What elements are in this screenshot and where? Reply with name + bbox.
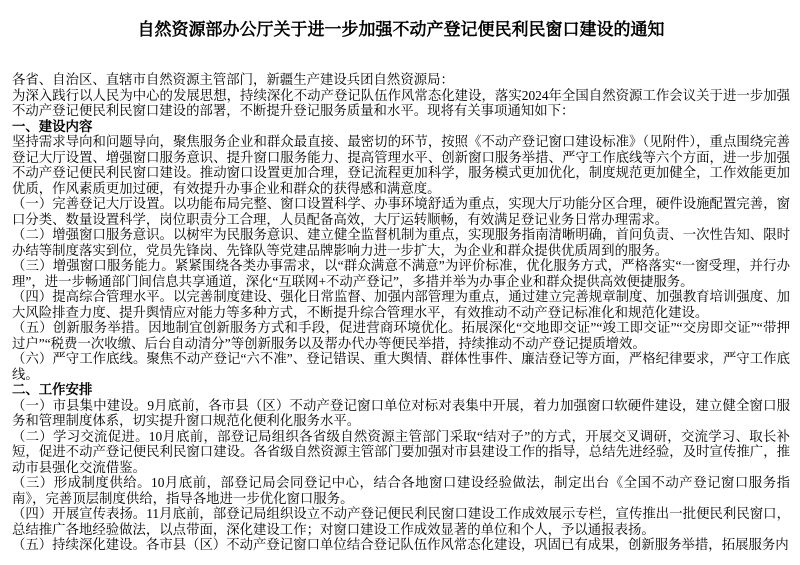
section-1-item-5: （五）创新服务举措。因地制宜创新服务方式和手段，促进营商环境优化。拓展深化“交地… — [12, 320, 790, 351]
intro-paragraph: 为深入践行以人民为中心的发展思想，持续深化不动产登记队伍作风常态化建设，落实20… — [12, 88, 790, 119]
section-1-item-6: （六）严守工作底线。聚焦不动产登记“六不准”、登记错误、重大舆情、群体性事件、廉… — [12, 351, 790, 382]
section-2-item-1: （一）市县集中建设。9月底前，各市县（区）不动产登记窗口单位对标对表集中开展，着… — [12, 398, 790, 429]
section-1-item-4: （四）提高综合管理水平。以完善制度建设、强化日常监督、加强内部管理为重点，通过建… — [12, 289, 790, 320]
document-body: 各省、自治区、直辖市自然资源主管部门，新疆生产建设兵团自然资源局： 为深入践行以… — [12, 72, 790, 553]
section-1-item-3: （三）增强窗口服务能力。紧紧围绕各类办事需求，以“群众满意不满意”为评价标准，优… — [12, 258, 790, 289]
notice-document-page: 自然资源部办公厅关于进一步加强不动产登记便民利民窗口建设的通知 各省、自治区、直… — [0, 0, 800, 565]
section-2-item-5: （五）持续深化建设。各市县（区）不动产登记窗口单位结合登记队伍作风常态化建设，巩… — [12, 537, 790, 553]
salutation: 各省、自治区、直辖市自然资源主管部门，新疆生产建设兵团自然资源局： — [12, 72, 790, 88]
section-1-item-1: （一）完善登记大厅设置。以功能布局完整、窗口设置科学、办事环境舒适为重点，实现大… — [12, 196, 790, 227]
document-title: 自然资源部办公厅关于进一步加强不动产登记便民利民窗口建设的通知 — [12, 20, 790, 39]
section-2-heading: 二、工作安排 — [12, 382, 790, 398]
section-2-item-3: （三）形成制度供给。10月底前，部登记局会同登记中心，结合各地窗口建设经验做法，… — [12, 475, 790, 506]
section-1-lead: 坚持需求导向和问题导向，聚焦服务企业和群众最直接、最密切的环节，按照《不动产登记… — [12, 134, 790, 196]
section-1-item-2: （二）增强窗口服务意识。以树牢为民服务意识、建立健全监督机制为重点，实现服务指南… — [12, 227, 790, 258]
section-2-item-4: （四）开展宣传表扬。11月底前，部登记局组织设立不动产登记便民利民窗口建设工作成… — [12, 506, 790, 537]
section-2-item-2: （二）学习交流促进。10月底前，部登记局组织各省级自然资源主管部门采取“结对子”… — [12, 429, 790, 476]
section-1-heading: 一、建设内容 — [12, 119, 790, 135]
